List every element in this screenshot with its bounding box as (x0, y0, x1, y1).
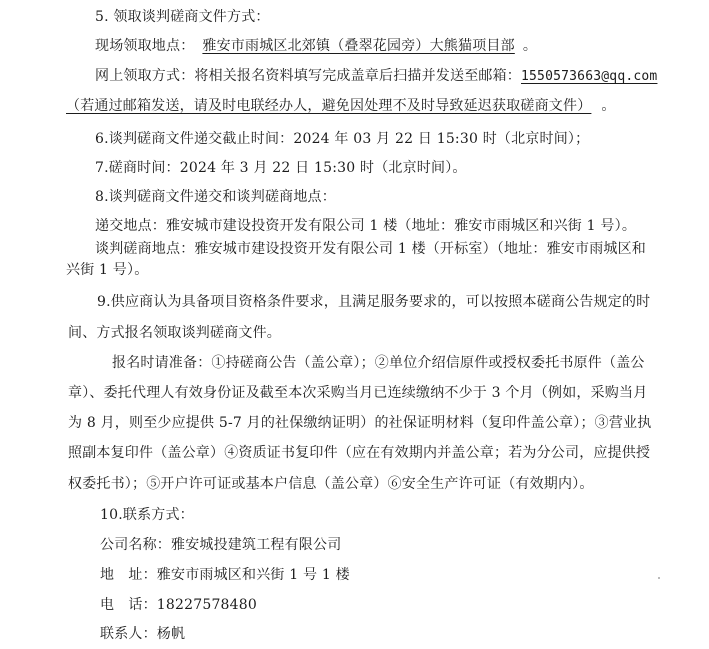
online-note-line: （若通过邮箱发送，请及时电联经办人，避免因处理不及时导致延迟获取磋商文件）。 (66, 97, 616, 115)
section10-heading: 10.联系方式： (100, 506, 194, 524)
onsite-location: 雅安市雨城区北郊镇（叠翠花园旁）大熊猫项目部 (202, 38, 514, 54)
prep-line2: 章）、委托代理人有效身份证及截至本次采购当月已连续缴纳不少于 3 个月（例如，采… (68, 384, 647, 402)
negotiation-location-line2: 兴街 1 号）。 (66, 261, 148, 279)
section7-time: 7.磋商时间：2024 年 3 月 22 日 15:30 时（北京时间）。 (95, 159, 467, 177)
online-note-end: 。 (601, 98, 615, 114)
section5-heading: 5. 领取谈判磋商文件方式： (95, 8, 270, 26)
online-pickup-line: 网上领取方式：将相关报名资料填写完成盖章后扫描并发送至邮箱：1550573663… (95, 67, 657, 86)
section6-deadline: 6.谈判磋商文件递交截止时间：2024 年 03 月 22 日 15:30 时（… (95, 130, 589, 148)
prep-line3: 为 8 月，则至少应提供 5-7 月的社保缴纳证明）的社保证明材料（复印件盖公章… (68, 414, 651, 432)
email-link[interactable]: 1550573663@qq.com (521, 69, 657, 84)
onsite-end: 。 (523, 38, 537, 54)
section9-line1: 9.供应商认为具备项目资格条件要求，且满足服务要求的，可以按照本磋商公告规定的时 (97, 293, 650, 311)
contact-company: 公司名称：雅安城投建筑工程有限公司 (100, 536, 341, 554)
prep-line1: 报名时请准备：①持磋商公告（盖公章）；②单位介绍信原件或授权委托书原件（盖公 (112, 354, 645, 372)
submit-location: 递交地点：雅安城市建设投资开发有限公司 1 楼（地址：雅安市雨城区和兴街 1 号… (95, 217, 636, 235)
onsite-label: 现场领取地点： (95, 38, 194, 54)
onsite-pickup-line: 现场领取地点：雅安市雨城区北郊镇（叠翠花园旁）大熊猫项目部。 (95, 37, 537, 55)
contact-phone: 电 话：18227578480 (100, 596, 257, 614)
negotiation-location-line1: 谈判磋商地点：雅安城市建设投资开发有限公司 1 楼（开标室）（地址：雅安市雨城区… (95, 240, 646, 258)
scan-speck (658, 577, 660, 579)
online-label: 网上领取方式：将相关报名资料填写完成盖章后扫描并发送至邮箱： (95, 68, 521, 84)
online-note: （若通过邮箱发送，请及时电联经办人，避免因处理不及时导致延迟获取磋商文件） (66, 98, 591, 114)
prep-line5: 权委托书）；⑤开户许可证或基本户信息（盖公章）⑥安全生产许可证（有效期内）。 (68, 475, 594, 493)
contact-person: 联系人：杨帆 (100, 625, 185, 643)
prep-line4: 照副本复印件（盖公章）④资质证书复印件（应在有效期内并盖公章；若为分公司，应提供… (68, 444, 650, 462)
section8-heading: 8.谈判磋商文件递交和谈判磋商地点： (95, 188, 336, 206)
section9-line2: 间、方式报名领取谈判磋商文件。 (68, 324, 281, 342)
contact-address: 地 址：雅安市雨城区和兴街 1 号 1 楼 (100, 566, 350, 584)
